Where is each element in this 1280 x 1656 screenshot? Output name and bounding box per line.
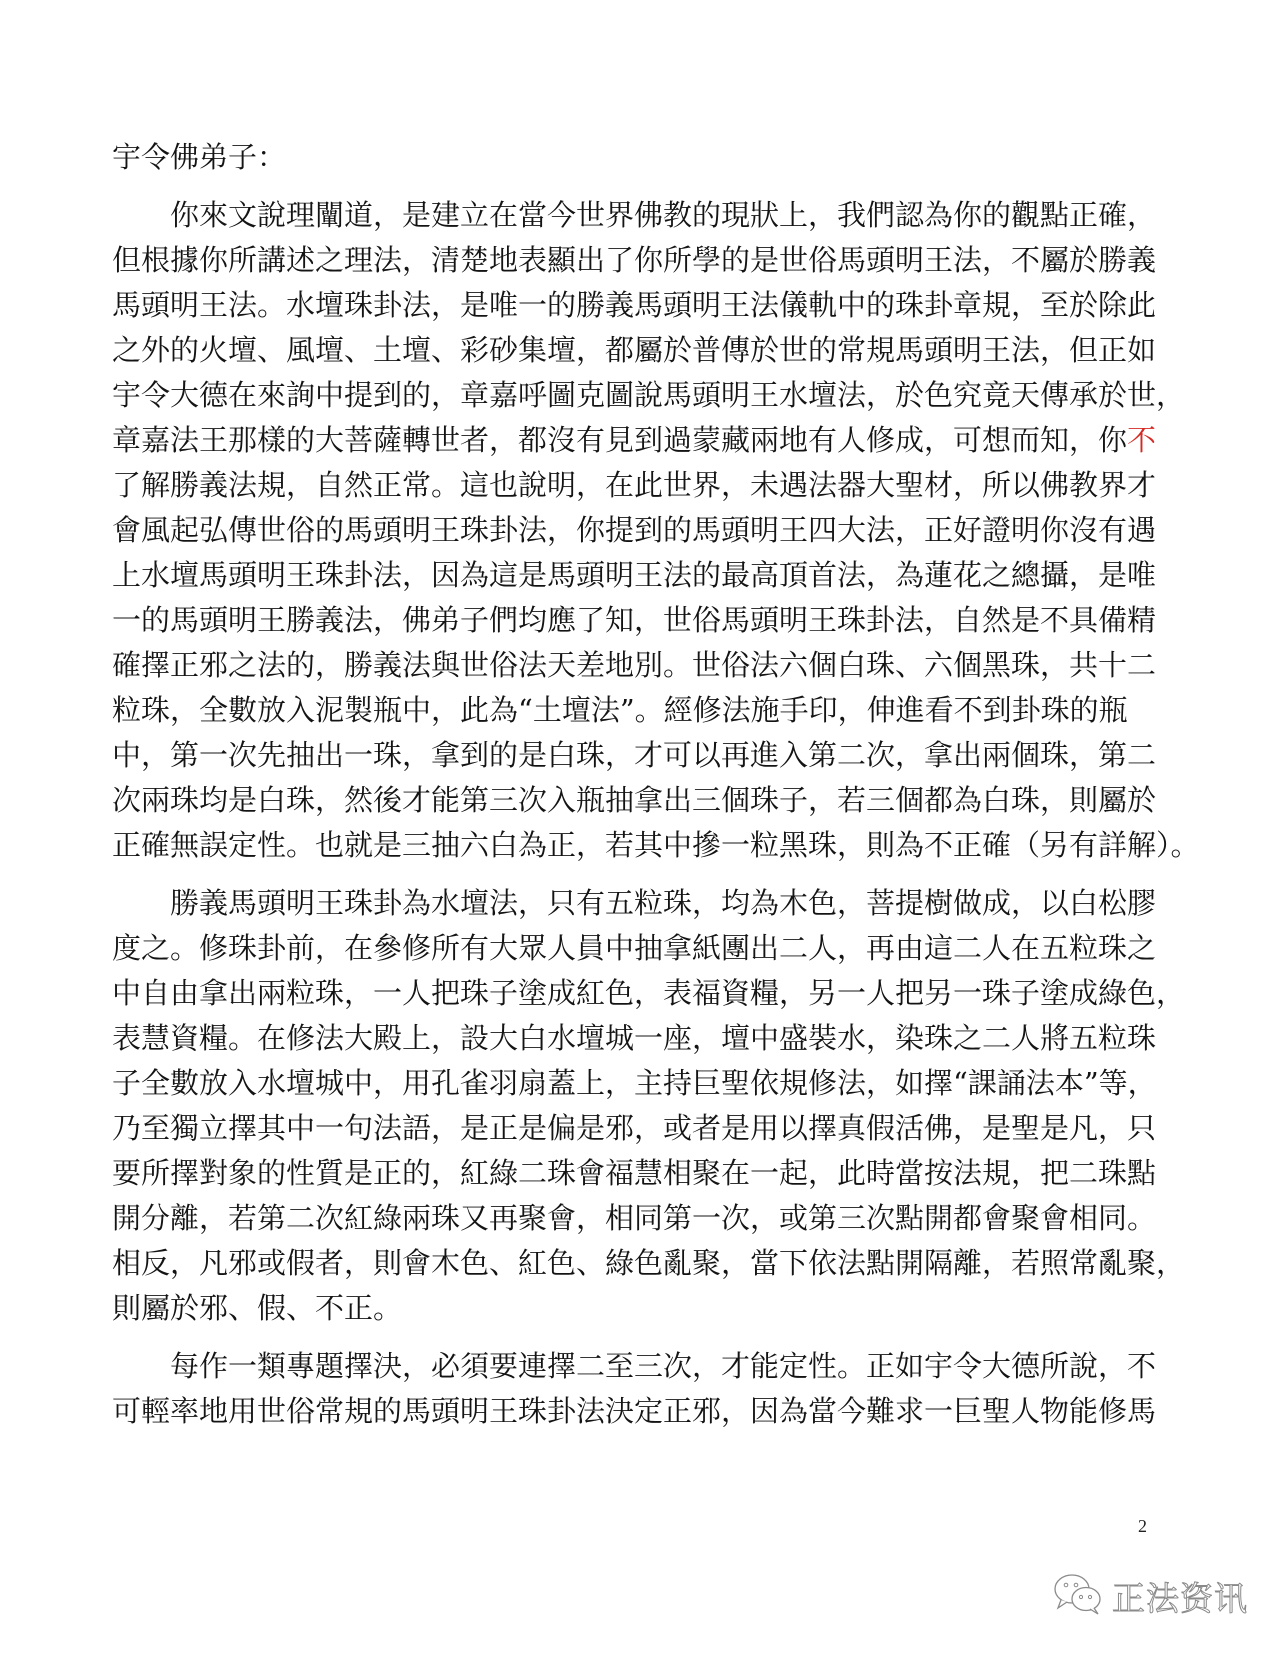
paragraph-2-line-10: 則屬於邪、假、不正。 [112, 1285, 1102, 1331]
paragraph-2-line-1: 勝義馬頭明王珠卦為水壇法，只有五粒珠，均為木色，菩提樹做成，以白松膠 [112, 880, 1102, 926]
watermark: 正法资讯 [1052, 1572, 1248, 1620]
paragraph-2-line-2: 度之。修珠卦前，在參修所有大眾人員中抽拿紙團出二人，再由這二人在五粒珠之 [112, 925, 1102, 971]
wechat-icon [1052, 1572, 1104, 1620]
paragraph-1-line-13: 中，第一次先抽出一珠，拿到的是白珠，才可以再進入第二次，拿出兩個珠，第二 [112, 732, 1102, 778]
paragraph-1-line-15: 正確無誤定性。也就是三抽六白為正，若其中摻一粒黑珠，則為不正確（另有詳解）。 [112, 822, 1102, 868]
paragraph-1-line-10: 一的馬頭明王勝義法，佛弟子們均應了知，世俗馬頭明王珠卦法，自然是不具備精 [112, 597, 1102, 643]
paragraph-2-line-6: 乃至獨立擇其中一句法語，是正是偏是邪，或者是用以擇真假活佛，是聖是凡，只 [112, 1105, 1102, 1151]
paragraph-2-line-4: 表慧資糧。在修法大殿上，設大白水壇城一座，壇中盛裝水，染珠之二人將五粒珠 [112, 1015, 1102, 1061]
paragraph-2-line-7: 要所擇對象的性質是正的，紅綠二珠會福慧相聚在一起，此時當按法規，把二珠點 [112, 1150, 1102, 1196]
paragraph-1-line-8: 會風起弘傳世俗的馬頭明王珠卦法，你提到的馬頭明王四大法，正好證明你沒有遇 [112, 507, 1102, 553]
page-number: 2 [1138, 1516, 1147, 1537]
paragraph-2-line-3: 中自由拿出兩粒珠，一人把珠子塗成紅色，表福資糧，另一人把另一珠子塗成綠色， [112, 970, 1102, 1016]
paragraph-3-line-2: 可輕率地用世俗常規的馬頭明王珠卦法決定正邪，因為當今難求一巨聖人物能修馬 [112, 1388, 1102, 1434]
watermark-text: 正法资讯 [1112, 1573, 1248, 1620]
highlighted-character: 不 [1127, 423, 1156, 457]
paragraph-2-line-9: 相反，凡邪或假者，則會木色、紅色、綠色亂聚，當下依法點開隔離，若照常亂聚， [112, 1240, 1102, 1286]
paragraph-1-line-5: 宇令大德在來詢中提到的，章嘉呼圖克圖說馬頭明王水壇法，於色究竟天傳承於世， [112, 372, 1102, 418]
paragraph-1-line-12: 粒珠，全數放入泥製瓶中，此為“土壇法”。經修法施手印，伸進看不到卦珠的瓶 [112, 687, 1102, 733]
paragraph-1-line-14: 次兩珠均是白珠，然後才能第三次入瓶抽拿出三個珠子，若三個都為白珠，則屬於 [112, 777, 1102, 823]
paragraph-1-line-2: 但根據你所講述之理法，清楚地表顯出了你所學的是世俗馬頭明王法，不屬於勝義 [112, 237, 1102, 283]
paragraph-1-line-9: 上水壇馬頭明王珠卦法，因為這是馬頭明王法的最高頂首法，為蓮花之總攝，是唯 [112, 552, 1102, 598]
paragraph-1-line-7: 了解勝義法規，自然正常。這也說明，在此世界，未遇法器大聖材，所以佛教界才 [112, 462, 1102, 508]
paragraph-2-line-8: 開分離，若第二次紅綠兩珠又再聚會，相同第一次，或第三次點開都會聚會相同。 [112, 1195, 1102, 1241]
salutation: 宇令佛弟子： [112, 134, 1102, 180]
paragraph-1-line-11: 確擇正邪之法的，勝義法與世俗法天差地別。世俗法六個白珠、六個黑珠，共十二 [112, 642, 1102, 688]
paragraph-1-line-1: 你來文說理闡道，是建立在當今世界佛教的現狀上，我們認為你的觀點正確， [112, 192, 1102, 238]
paragraph-1-line-4: 之外的火壇、風壇、土壇、彩砂集壇，都屬於普傳於世的常規馬頭明王法，但正如 [112, 327, 1102, 373]
paragraph-1-line-3: 馬頭明王法。水壇珠卦法，是唯一的勝義馬頭明王法儀軌中的珠卦章規，至於除此 [112, 282, 1102, 328]
document-page: 宇令佛弟子： 你來文說理闡道，是建立在當今世界佛教的現狀上，我們認為你的觀點正確… [0, 0, 1280, 1656]
paragraph-3-line-1: 每作一類專題擇決，必須要連擇二至三次，才能定性。正如宇令大德所說，不 [112, 1343, 1102, 1389]
paragraph-2-line-5: 子全數放入水壇城中，用孔雀羽扇蓋上，主持巨聖依規修法，如擇“課誦法本”等， [112, 1060, 1102, 1106]
line-text: 章嘉法王那樣的大菩薩轉世者，都沒有見到過蒙藏兩地有人修成，可想而知，你 [112, 423, 1127, 457]
paragraph-1-line-6: 章嘉法王那樣的大菩薩轉世者，都沒有見到過蒙藏兩地有人修成，可想而知，你不 [112, 417, 1102, 463]
